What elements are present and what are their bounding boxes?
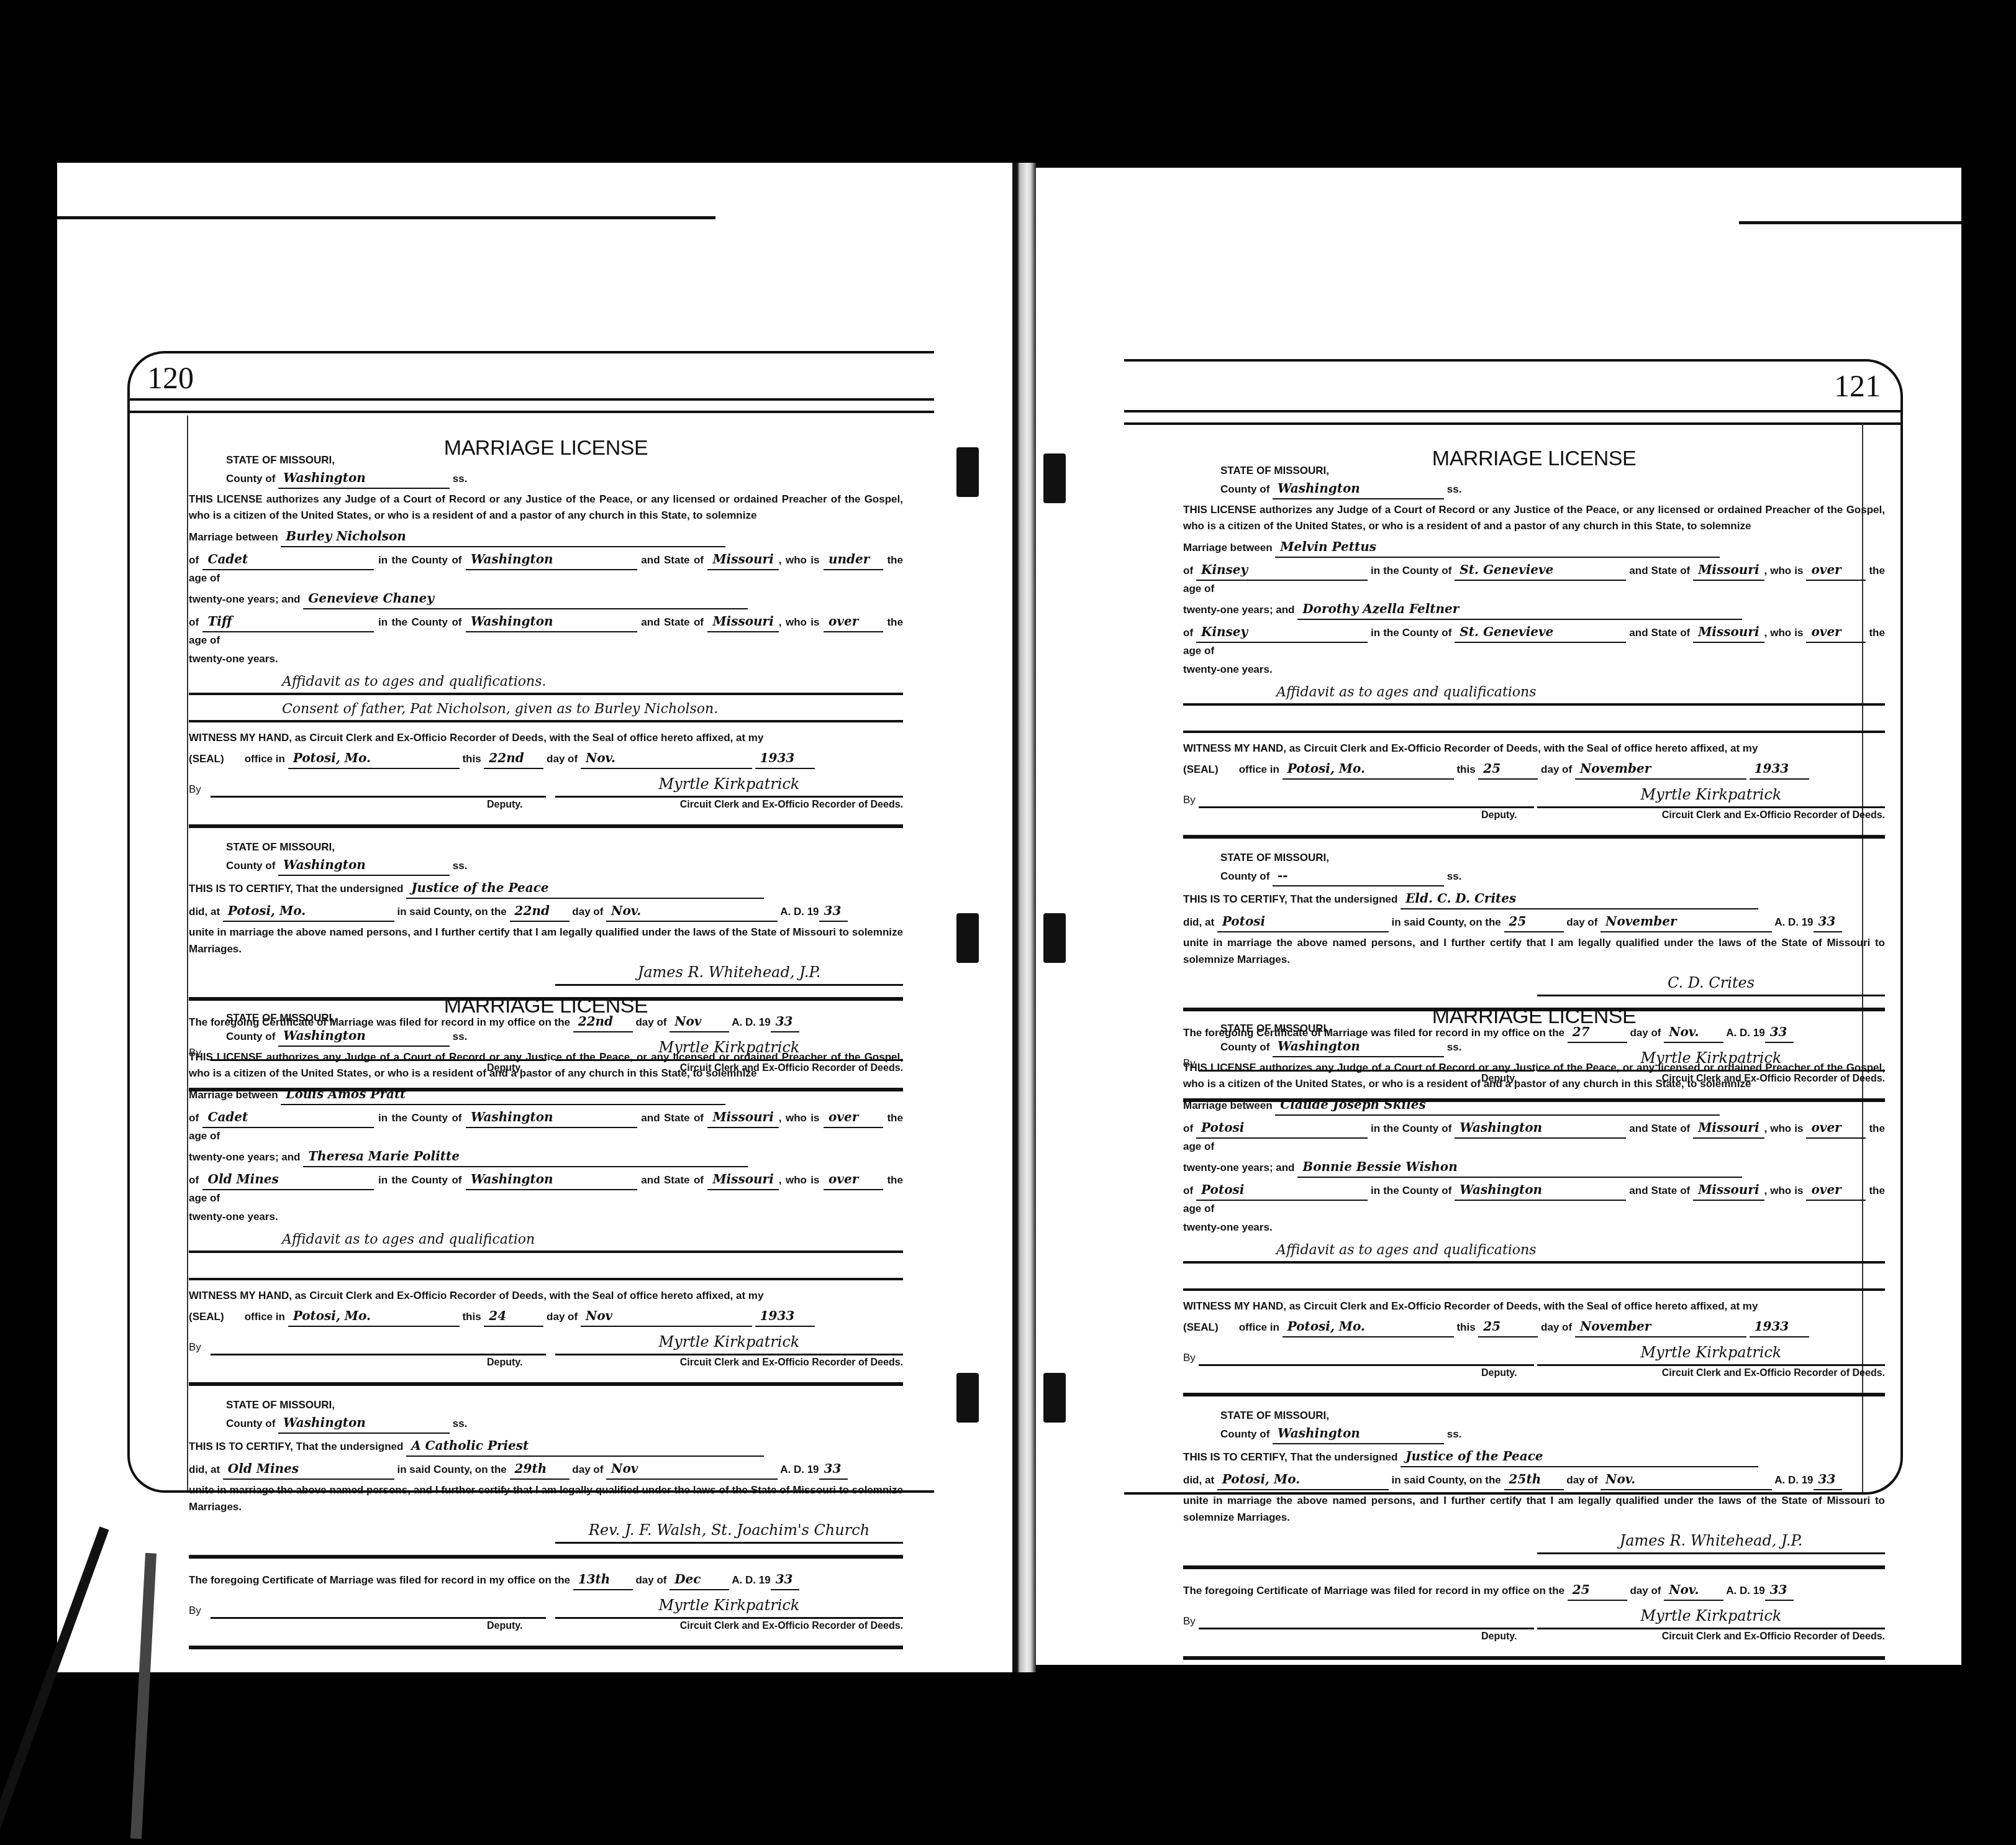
groom-name: Burley Nicholson <box>281 527 725 547</box>
by-label: By <box>1183 1613 1196 1629</box>
clerk-signature: Myrtle Kirkpatrick <box>555 773 903 798</box>
day-of-label: day of <box>547 1311 578 1323</box>
ss-label: ss. <box>1447 1041 1462 1053</box>
certificate-state-block: STATE OF MISSOURI, County of Washington … <box>189 839 903 876</box>
page-number: 121 <box>1834 368 1881 404</box>
years-and-label: twenty-one years; and <box>189 1151 301 1163</box>
seal-label: (SEAL) <box>189 1311 224 1323</box>
witness-text: WITNESS MY HAND, as Circuit Clerk and Ex… <box>1183 740 1885 757</box>
who-is-label: who is <box>1770 565 1803 576</box>
unite-text: unite in marriage the above named person… <box>1183 935 1885 968</box>
of-label: of <box>1183 627 1193 639</box>
did-at-label: did, at <box>1183 1474 1214 1486</box>
by-label: By <box>1183 792 1196 808</box>
officiant-title: Justice of the Peace <box>1401 1447 1758 1467</box>
license-authorization-text: THIS LICENSE authorizes any Judge of a C… <box>1183 1060 1885 1093</box>
binding-clip <box>956 913 979 963</box>
license-notes-2 <box>1183 709 1885 733</box>
county-label: County of <box>226 473 275 485</box>
groom-state: Missouri <box>1693 1118 1764 1139</box>
license-notes: Affidavit as to ages and qualification <box>189 1229 903 1253</box>
certificate-county: Washington <box>278 855 450 876</box>
deputy-label: Deputy. <box>487 1619 522 1634</box>
clerk-signature: Myrtle Kirkpatrick <box>1537 783 1885 808</box>
bride-name: Bonnie Bessie Wishon <box>1297 1157 1742 1178</box>
book-gutter <box>1012 163 1036 1672</box>
on-the-label: in said County, on the <box>397 906 507 918</box>
license-day: 25 <box>1478 1317 1538 1337</box>
bride-state: Missouri <box>707 1170 778 1190</box>
state-label: STATE OF MISSOURI, <box>226 1010 903 1026</box>
clerk-title: Circuit Clerk and Ex-Officio Recorder of… <box>1662 1366 1885 1382</box>
years-and-label: twenty-one years; and <box>1183 1162 1295 1173</box>
on-the-label: in said County, on the <box>397 1464 507 1475</box>
this-label: this <box>1456 1321 1475 1333</box>
bride-age-status: over <box>824 612 883 632</box>
by-label: By <box>1183 1350 1196 1366</box>
day-of-label: day of <box>1566 916 1597 928</box>
bride-age-status: over <box>1806 622 1866 643</box>
groom-residence: Potosi <box>1196 1118 1368 1139</box>
ceremony-place: Potosi, Mo. <box>1217 1470 1389 1490</box>
license-year: 1933 <box>755 1306 815 1327</box>
license-notes-2 <box>189 1257 903 1280</box>
county-label: County of <box>1220 870 1269 882</box>
ad-label: A. D. 19 <box>1774 916 1813 928</box>
ceremony-place: Old Mines <box>223 1459 394 1480</box>
ceremony-year: 33 <box>1814 1470 1842 1490</box>
ceremony-day: 29th <box>510 1459 570 1480</box>
certify-label: THIS IS TO CERTIFY, That the undersigned <box>189 1441 403 1452</box>
clerk-title: Circuit Clerk and Ex-Officio Recorder of… <box>1662 808 1885 824</box>
page-number: 120 <box>147 360 194 396</box>
binding-clip <box>956 1373 979 1423</box>
marriage-record: MARRIAGE LICENSE STATE OF MISSOURI, Coun… <box>1183 1000 1885 1547</box>
ss-label: ss. <box>1447 483 1462 495</box>
office-label: office in <box>1239 1321 1279 1333</box>
officiant-signature: Rev. J. F. Walsh, St. Joachim's Church <box>555 1519 903 1544</box>
ceremony-month: November <box>1601 912 1772 932</box>
state-label: STATE OF MISSOURI, <box>226 1397 903 1413</box>
groom-name: Claude Joseph Skiles <box>1275 1095 1720 1116</box>
clerk-title: Circuit Clerk and Ex-Officio Recorder of… <box>680 1355 903 1371</box>
clerk-title: Circuit Clerk and Ex-Officio Recorder of… <box>1662 1629 1885 1645</box>
filed-label: The foregoing Certificate of Marriage wa… <box>1183 1585 1564 1597</box>
license-year: 1933 <box>1750 1317 1809 1337</box>
ad-label: A. D. 19 <box>1726 1585 1764 1597</box>
filed-year: 33 <box>771 1570 799 1590</box>
ad-label: A. D. 19 <box>1774 1474 1813 1486</box>
filing-clerk-signature: Myrtle Kirkpatrick <box>1537 1605 1885 1629</box>
certify-label: THIS IS TO CERTIFY, That the undersigned <box>1183 893 1397 905</box>
bride-name: Genevieve Chaney <box>303 589 748 609</box>
county-label: County of <box>1220 483 1269 495</box>
marriage-record: MARRIAGE LICENSE STATE OF MISSOURI, Coun… <box>189 990 903 1536</box>
license-notes-2: Consent of father, Pat Nicholson, given … <box>189 699 903 722</box>
county-label: County of <box>226 1031 275 1042</box>
license-notes: Affidavit as to ages and qualifications. <box>189 672 903 695</box>
state-county-block: STATE OF MISSOURI, County of Washington … <box>189 452 903 489</box>
filed-day: 13th <box>573 1570 633 1590</box>
officiant-title: Eld. C. D. Crites <box>1401 889 1758 909</box>
bride-county: St. Genevieve <box>1455 622 1626 643</box>
this-label: this <box>462 1311 481 1323</box>
of-label: of <box>1183 1185 1193 1196</box>
margin-line <box>187 416 188 1490</box>
by-label: By <box>189 1603 201 1619</box>
groom-residence: Cadet <box>202 550 374 570</box>
ss-label: ss. <box>1447 870 1462 882</box>
unite-text: unite in marriage the above named person… <box>189 924 903 957</box>
of-label: of <box>189 1112 199 1124</box>
ceremony-place: Potosi, Mo. <box>223 901 394 922</box>
bride-residence: Potosi <box>1196 1180 1368 1201</box>
ad-label: A. D. 19 <box>780 1464 819 1475</box>
day-of-label: day of <box>1630 1585 1661 1597</box>
pen-pointer <box>0 1526 109 1833</box>
did-at-label: did, at <box>189 1464 220 1475</box>
bride-county: Washington <box>466 1170 637 1190</box>
groom-age-status: over <box>824 1108 883 1128</box>
certificate-county: Washington <box>278 1413 450 1434</box>
upper-sheet-edge <box>57 216 715 219</box>
bride-county: Washington <box>1455 1180 1626 1201</box>
groom-state: Missouri <box>1693 560 1764 581</box>
unite-text: unite in marriage the above named person… <box>1183 1493 1885 1526</box>
of-label: of <box>1183 565 1193 576</box>
groom-age-status: over <box>1806 1118 1866 1139</box>
ss-label: ss. <box>453 473 468 485</box>
bride-residence: Kinsey <box>1196 622 1368 643</box>
ss-label: ss. <box>453 860 468 872</box>
divider <box>189 1646 903 1649</box>
county-label: County of <box>226 860 275 872</box>
of-label: of <box>189 616 199 628</box>
state-label: and State of <box>641 554 704 566</box>
state-label: and State of <box>1629 1185 1690 1196</box>
binding-clip <box>1043 913 1066 963</box>
filed-month: Nov. <box>1664 1580 1723 1601</box>
office-label: office in <box>245 753 285 765</box>
ceremony-day: 22nd <box>510 901 570 922</box>
unite-text: unite in marriage the above named person… <box>189 1482 903 1515</box>
county-label: in the County of <box>1371 1123 1451 1134</box>
license-day: 22nd <box>484 749 543 769</box>
day-of-label: day of <box>1541 763 1572 775</box>
deputy-label: Deputy. <box>1481 1629 1517 1645</box>
certificate-county: Washington <box>1273 1424 1444 1444</box>
state-label: and State of <box>1629 1123 1690 1134</box>
license-office: Potosi, Mo. <box>288 1306 460 1327</box>
county-label: in the County of <box>378 1174 462 1186</box>
of-label: of <box>189 1174 199 1186</box>
who-is-label: who is <box>1770 627 1803 639</box>
who-is-label: who is <box>1770 1185 1803 1196</box>
office-label: office in <box>1239 763 1279 775</box>
ad-label: A. D. 19 <box>780 906 819 918</box>
groom-county: Washington <box>466 550 637 570</box>
county-label: County of <box>1220 1041 1269 1053</box>
state-label: and State of <box>1629 627 1690 639</box>
ceremony-day: 25 <box>1504 912 1564 932</box>
by-label: By <box>189 1339 201 1355</box>
license-authorization-text: THIS LICENSE authorizes any Judge of a C… <box>189 491 903 524</box>
on-the-label: in said County, on the <box>1392 1474 1501 1486</box>
divider <box>1183 835 1885 839</box>
county-label: County of <box>226 1418 275 1429</box>
years-and-label: twenty-one years; and <box>1183 604 1295 616</box>
twenty-one-years-label: twenty-one years. <box>1183 1219 1885 1236</box>
who-is-label: who is <box>1770 1123 1803 1134</box>
ceremony-year: 33 <box>819 1459 848 1480</box>
divider <box>1183 1393 1885 1396</box>
binding-clip <box>1043 453 1066 503</box>
clerk-title: Circuit Clerk and Ex-Officio Recorder of… <box>680 1619 903 1634</box>
divider <box>1183 1656 1885 1660</box>
witness-text: WITNESS MY HAND, as Circuit Clerk and Ex… <box>1183 1298 1885 1314</box>
officiant-signature: C. D. Crites <box>1537 972 1885 996</box>
license-notes: Affidavit as to ages and qualifications <box>1183 682 1885 706</box>
bride-state: Missouri <box>1693 1180 1764 1201</box>
certificate-state-block: STATE OF MISSOURI, County of Washington … <box>189 1397 903 1434</box>
state-county-block: STATE OF MISSOURI, County of Washington … <box>189 1010 903 1047</box>
groom-state: Missouri <box>707 550 778 570</box>
license-office: Potosi, Mo. <box>1283 1317 1454 1337</box>
filed-year: 33 <box>1765 1580 1794 1601</box>
bride-age-status: over <box>1806 1180 1866 1201</box>
ss-label: ss. <box>453 1418 468 1429</box>
marriage-record: MARRIAGE LICENSE STATE OF MISSOURI, Coun… <box>1183 442 1885 989</box>
did-at-label: did, at <box>1183 916 1214 928</box>
bride-name: Theresa Marie Politte <box>303 1147 748 1167</box>
ss-label: ss. <box>1447 1428 1462 1440</box>
groom-name: Louis Amos Pratt <box>281 1085 725 1105</box>
divider <box>189 1555 903 1559</box>
clerk-signature: Myrtle Kirkpatrick <box>1537 1341 1885 1366</box>
license-month: November <box>1575 1317 1746 1337</box>
ss-label: ss. <box>453 1031 468 1042</box>
state-county-block: STATE OF MISSOURI, County of Washington … <box>1183 1021 1885 1057</box>
filed-label: The foregoing Certificate of Marriage wa… <box>189 1574 570 1586</box>
did-at-label: did, at <box>189 906 220 918</box>
license-notes: Affidavit as to ages and qualifications <box>1183 1240 1885 1264</box>
county-label: in the County of <box>1371 1185 1451 1196</box>
filed-day: 25 <box>1568 1580 1627 1601</box>
state-label: STATE OF MISSOURI, <box>1220 1021 1885 1037</box>
filing-clerk-signature: Myrtle Kirkpatrick <box>555 1594 903 1619</box>
of-label: of <box>189 554 199 566</box>
license-day: 24 <box>484 1306 543 1327</box>
ceremony-month: Nov. <box>606 901 778 922</box>
certificate-state-block: STATE OF MISSOURI, County of Washington … <box>1183 1408 1885 1444</box>
page-form: MARRIAGE LICENSE STATE OF MISSOURI, Coun… <box>1183 431 1885 1547</box>
day-of-label: day of <box>635 1574 666 1586</box>
license-day: 25 <box>1478 759 1538 780</box>
groom-county: St. Genevieve <box>1455 560 1626 581</box>
state-label: STATE OF MISSOURI, <box>1220 463 1885 479</box>
state-label: STATE OF MISSOURI, <box>1220 850 1885 866</box>
license-year: 1933 <box>1750 759 1809 780</box>
day-of-label: day of <box>572 1464 603 1475</box>
who-is-label: who is <box>786 1174 820 1186</box>
divider <box>189 824 903 828</box>
state-label: STATE OF MISSOURI, <box>226 452 903 468</box>
day-of-label: day of <box>572 906 603 918</box>
day-of-label: day of <box>547 753 578 765</box>
page-form: MARRIAGE LICENSE STATE OF MISSOURI, Coun… <box>189 421 903 1536</box>
on-the-label: in said County, on the <box>1392 916 1501 928</box>
officiant-signature: James R. Whitehead, J.P. <box>1537 1529 1885 1554</box>
groom-age-status: under <box>824 550 883 570</box>
groom-residence: Kinsey <box>1196 560 1368 581</box>
county-value: Washington <box>1273 479 1444 499</box>
ceremony-place: Potosi <box>1217 912 1389 932</box>
county-value: Washington <box>1273 1037 1444 1057</box>
groom-age-status: over <box>1806 560 1866 581</box>
binding-clip <box>1043 1373 1066 1423</box>
binding-clip <box>956 447 979 497</box>
state-label: and State of <box>1629 565 1690 576</box>
marriage-between-label: Marriage between <box>1183 542 1273 553</box>
license-office: Potosi, Mo. <box>288 749 460 769</box>
county-value: Washington <box>278 468 450 489</box>
divider <box>1183 1565 1885 1569</box>
state-label: STATE OF MISSOURI, <box>226 839 903 855</box>
twenty-one-years-label: twenty-one years. <box>189 1209 903 1225</box>
bride-name: Dorothy Azella Feltner <box>1297 599 1742 620</box>
marriage-between-label: Marriage between <box>189 1089 278 1101</box>
bride-state: Missouri <box>707 612 778 632</box>
filed-month: Dec <box>670 1570 729 1590</box>
marriage-between-label: Marriage between <box>189 531 278 543</box>
twenty-one-years-label: twenty-one years. <box>1183 662 1885 678</box>
page-121: 121 MARRIAGE LICENSE STATE OF MISSOURI, … <box>1124 359 1903 1495</box>
bride-residence: Tiff <box>202 612 374 632</box>
ceremony-year: 33 <box>819 901 848 922</box>
county-label: in the County of <box>1371 627 1451 639</box>
bride-state: Missouri <box>1693 622 1764 643</box>
ad-label: A. D. 19 <box>732 1574 770 1586</box>
groom-state: Missouri <box>707 1108 778 1128</box>
ceremony-month: Nov. <box>1601 1470 1772 1490</box>
who-is-label: who is <box>786 1112 820 1124</box>
header-rule <box>1124 410 1900 412</box>
years-and-label: twenty-one years; and <box>189 593 301 605</box>
day-of-label: day of <box>1541 1321 1572 1333</box>
county-label: in the County of <box>378 616 462 628</box>
certificate-state-block: STATE OF MISSOURI, County of -- ss. <box>1183 850 1885 886</box>
license-month: Nov. <box>581 749 752 769</box>
twenty-one-years-label: twenty-one years. <box>189 651 903 667</box>
certify-label: THIS IS TO CERTIFY, That the undersigned <box>189 883 403 895</box>
officiant-title: A Catholic Priest <box>406 1436 764 1457</box>
license-year: 1933 <box>755 749 815 769</box>
bride-age-status: over <box>824 1170 883 1190</box>
officiant-signature: James R. Whitehead, J.P. <box>555 961 903 986</box>
deputy-label: Deputy. <box>1481 808 1517 824</box>
seal-label: (SEAL) <box>1183 1321 1219 1333</box>
office-label: office in <box>245 1311 285 1323</box>
groom-county: Washington <box>466 1108 637 1128</box>
marriage-between-label: Marriage between <box>1183 1100 1273 1111</box>
who-is-label: who is <box>786 554 820 566</box>
day-of-label: day of <box>1566 1474 1597 1486</box>
state-label: and State of <box>641 1174 704 1186</box>
certificate-county: -- <box>1273 866 1444 886</box>
groom-county: Washington <box>1455 1118 1626 1139</box>
header-rule <box>1124 422 1900 425</box>
deputy-label: Deputy. <box>487 798 522 813</box>
state-county-block: STATE OF MISSOURI, County of Washington … <box>1183 463 1885 499</box>
county-value: Washington <box>278 1026 450 1047</box>
this-label: this <box>1456 763 1475 775</box>
state-label: and State of <box>641 616 704 628</box>
county-label: in the County of <box>378 1112 462 1124</box>
marriage-record: MARRIAGE LICENSE STATE OF MISSOURI, Coun… <box>189 432 903 978</box>
seal-label: (SEAL) <box>1183 763 1219 775</box>
ceremony-year: 33 <box>1814 912 1842 932</box>
ceremony-day: 25th <box>1504 1470 1564 1490</box>
witness-text: WITNESS MY HAND, as Circuit Clerk and Ex… <box>189 730 903 746</box>
state-label: STATE OF MISSOURI, <box>1220 1408 1885 1424</box>
upper-sheet-edge <box>1739 221 1961 224</box>
header-rule <box>130 411 934 413</box>
deputy-label: Deputy. <box>487 1355 522 1371</box>
deputy-label: Deputy. <box>1481 1366 1517 1382</box>
by-label: By <box>189 781 201 798</box>
ceremony-month: Nov <box>606 1459 778 1480</box>
groom-residence: Cadet <box>202 1108 374 1128</box>
license-authorization-text: THIS LICENSE authorizes any Judge of a C… <box>1183 502 1885 535</box>
license-notes-2 <box>1183 1267 1885 1291</box>
license-authorization-text: THIS LICENSE authorizes any Judge of a C… <box>189 1049 903 1082</box>
clerk-signature: Myrtle Kirkpatrick <box>555 1331 903 1355</box>
bride-residence: Old Mines <box>202 1170 374 1190</box>
license-month: Nov <box>581 1306 752 1327</box>
certify-label: THIS IS TO CERTIFY, That the undersigned <box>1183 1451 1397 1463</box>
license-office: Potosi, Mo. <box>1283 759 1454 780</box>
clerk-title: Circuit Clerk and Ex-Officio Recorder of… <box>680 798 903 813</box>
officiant-title: Justice of the Peace <box>406 878 764 899</box>
state-label: and State of <box>641 1112 704 1124</box>
license-month: November <box>1575 759 1746 780</box>
bride-county: Washington <box>466 612 637 632</box>
of-label: of <box>1183 1123 1193 1134</box>
page-120: 120 MARRIAGE LICENSE STATE OF MISSOURI, … <box>127 351 934 1493</box>
county-label: in the County of <box>378 554 462 566</box>
divider <box>189 1382 903 1386</box>
witness-text: WITNESS MY HAND, as Circuit Clerk and Ex… <box>189 1288 903 1304</box>
header-rule <box>130 398 934 401</box>
seal-label: (SEAL) <box>189 753 224 765</box>
county-label: in the County of <box>1371 565 1451 576</box>
groom-name: Melvin Pettus <box>1275 537 1720 558</box>
this-label: this <box>462 753 481 765</box>
who-is-label: who is <box>786 616 820 628</box>
county-label: County of <box>1220 1428 1269 1440</box>
